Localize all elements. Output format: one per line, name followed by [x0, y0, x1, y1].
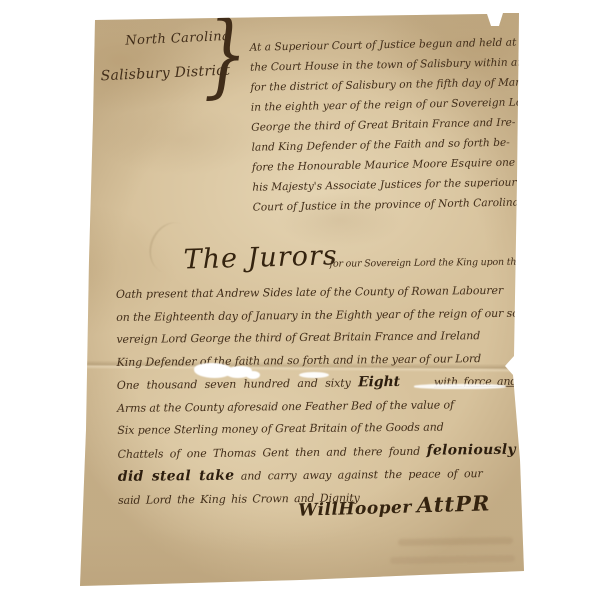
- chattels-text: Chattels of one Thomas Gent then and the…: [118, 444, 421, 460]
- indictment-opening-continuation: for our Sovereign Lord the King upon the…: [330, 257, 529, 270]
- indictment-opening-flourish: The Jurors: [183, 240, 338, 275]
- indictment-text: Oath present that Andrew Sides late of t…: [116, 280, 522, 512]
- curly-brace: }: [203, 9, 248, 101]
- did-steal-emphasis: did steal take: [118, 468, 235, 485]
- paper-hole: [246, 371, 260, 379]
- attorney-signature: WillHooper AttPR: [298, 490, 491, 520]
- signature-suffix: AttPR: [416, 490, 490, 517]
- preamble-line: Court of Justice in the province of Nort…: [253, 192, 525, 217]
- court-session-preamble: At a Superiour Court of Justice begun an…: [249, 32, 524, 217]
- year-text: One thousand seven hundred and sixty: [117, 376, 351, 391]
- signature-name: WillHooper: [298, 498, 412, 521]
- ink-bleed-through-left: [56, 150, 90, 268]
- steal-text: and carry away against the peace of our: [241, 467, 483, 483]
- paper-abrasion: [299, 372, 329, 378]
- handwritten-content: North Carolina Salisbury District } At a…: [0, 0, 600, 600]
- year-emphasis: Eight: [358, 374, 400, 390]
- manuscript-paper: North Carolina Salisbury District } At a…: [0, 0, 600, 600]
- paper-abrasion: [414, 384, 506, 389]
- feloniously-emphasis: feloniously: [427, 441, 516, 458]
- body-line-steal: did steal take and carry away against th…: [118, 462, 522, 490]
- document-photo: North Carolina Salisbury District } At a…: [0, 0, 600, 600]
